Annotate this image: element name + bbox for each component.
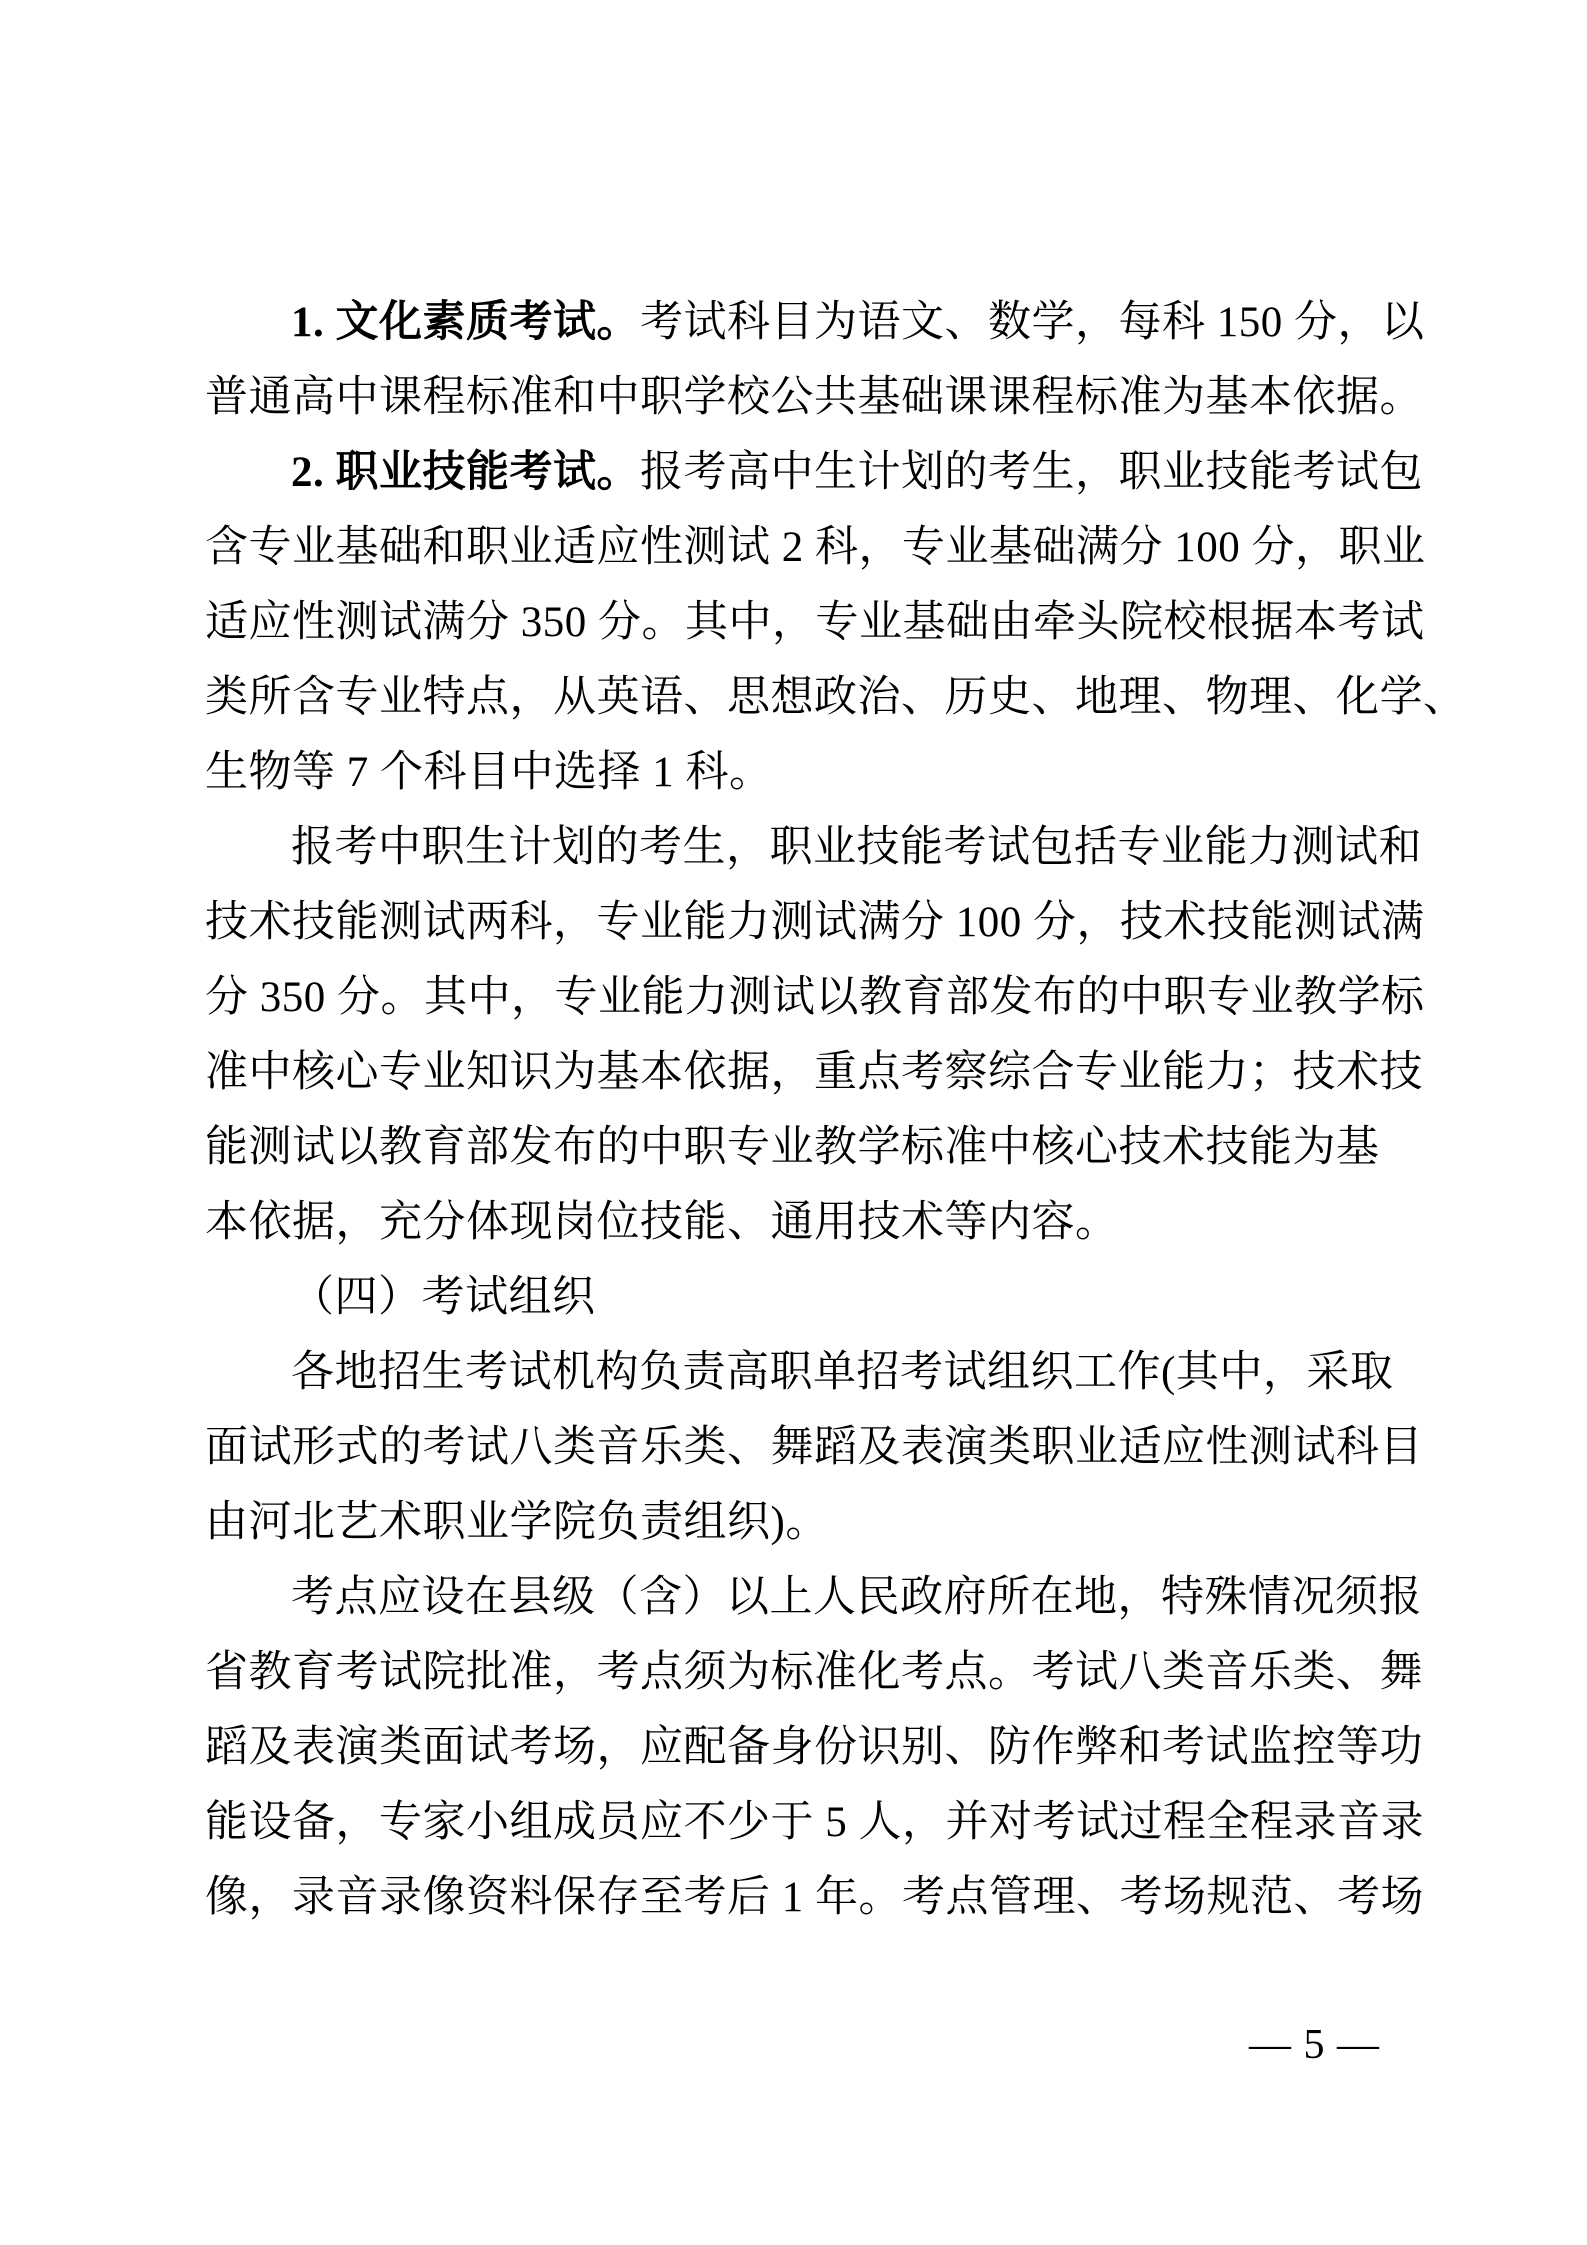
text-line: 普通高中课程标准和中职学校公共基础课课程标准为基本依据。	[205, 360, 1378, 435]
paragraph-label: 2. 职业技能考试。	[291, 449, 640, 496]
document-page: 1. 文化素质考试。考试科目为语文、数学，每科 150 分，以 普通高中课程标准…	[0, 0, 1587, 2245]
text-line: 考点应设在县级（含）以上人民政府所在地，特殊情况须报	[205, 1560, 1378, 1635]
text-line: 含专业基础和职业适应性测试 2 科，专业基础满分 100 分，职业	[205, 510, 1378, 585]
text-line: 面试形式的考试八类音乐类、舞蹈及表演类职业适应性测试科目	[205, 1410, 1378, 1485]
text-line: 生物等 7 个科目中选择 1 科。	[205, 735, 1378, 810]
page-number: — 5 —	[1249, 2022, 1380, 2068]
text-line: 本依据，充分体现岗位技能、通用技术等内容。	[205, 1185, 1378, 1260]
text-line: 由河北艺术职业学院负责组织)。	[205, 1485, 1378, 1560]
text-line: 类所含专业特点，从英语、思想政治、历史、地理、物理、化学、	[205, 660, 1378, 735]
text-line: 能设备，专家小组成员应不少于 5 人，并对考试过程全程录音录	[205, 1785, 1378, 1860]
text-run: 报考高中生计划的考生，职业技能考试包	[640, 449, 1423, 496]
text-line: 各地招生考试机构负责高职单招考试组织工作(其中，采取	[205, 1335, 1378, 1410]
text-line: 省教育考试院批准，考点须为标准化考点。考试八类音乐类、舞	[205, 1635, 1378, 1710]
text-line: 适应性测试满分 350 分。其中，专业基础由牵头院校根据本考试	[205, 585, 1378, 660]
text-line: 像，录音录像资料保存至考后 1 年。考点管理、考场规范、考场	[205, 1860, 1378, 1935]
text-line: 1. 文化素质考试。考试科目为语文、数学，每科 150 分，以	[205, 285, 1378, 360]
text-run: 考试科目为语文、数学，每科 150 分，以	[640, 299, 1425, 346]
text-line: 技术技能测试两科，专业能力测试满分 100 分，技术技能测试满	[205, 885, 1378, 960]
document-text-block: 1. 文化素质考试。考试科目为语文、数学，每科 150 分，以 普通高中课程标准…	[205, 285, 1378, 1935]
text-line: 分 350 分。其中，专业能力测试以教育部发布的中职专业教学标	[205, 960, 1378, 1035]
text-line: 能测试以教育部发布的中职专业教学标准中核心技术技能为基	[205, 1110, 1378, 1185]
text-line: 蹈及表演类面试考场，应配备身份识别、防作弊和考试监控等功	[205, 1710, 1378, 1785]
section-heading: （四）考试组织	[205, 1260, 1378, 1335]
paragraph-label: 1. 文化素质考试。	[291, 299, 640, 346]
text-line: 2. 职业技能考试。报考高中生计划的考生，职业技能考试包	[205, 435, 1378, 510]
text-line: 准中核心专业知识为基本依据，重点考察综合专业能力；技术技	[205, 1035, 1378, 1110]
text-line: 报考中职生计划的考生，职业技能考试包括专业能力测试和	[205, 810, 1378, 885]
